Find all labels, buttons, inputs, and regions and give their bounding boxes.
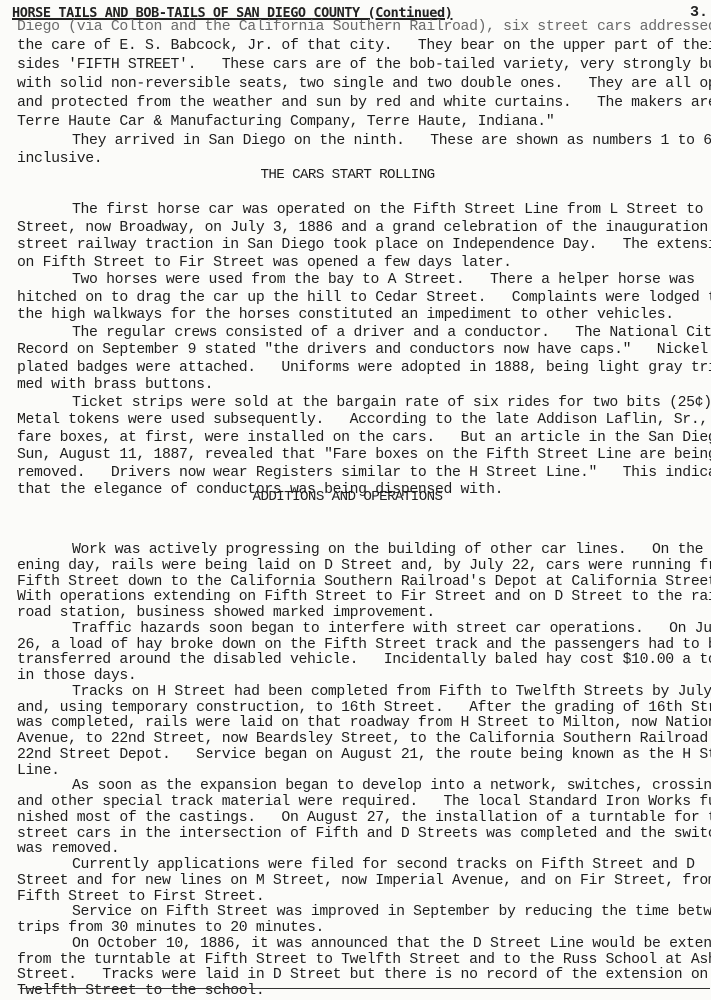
text-line: Record on September 9 stated "the driver…	[17, 341, 708, 359]
text-line: plated badges were attached. Uniforms we…	[17, 359, 711, 377]
text-line: hitched on to drag the car up the hill t…	[17, 289, 711, 307]
text-line: with solid non-reversible seats, two sin…	[17, 75, 711, 93]
text-line: Street, now Broadway, on July 3, 1886 an…	[17, 219, 711, 237]
text-line: fare boxes, at first, were installed on …	[17, 429, 711, 447]
text-line: sides 'FIFTH STREET'. These cars are of …	[17, 56, 711, 74]
text-line: removed. Drivers now wear Registers simi…	[17, 464, 711, 482]
section-heading: ADDITIONS AND OPERATIONS	[0, 489, 703, 505]
text-line: Diego (via Colton and the California Sou…	[17, 18, 711, 36]
text-line: and protected from the weather and sun b…	[17, 94, 711, 112]
text-line: med with brass buttons.	[17, 376, 213, 394]
text-line: Line.	[17, 762, 60, 780]
text-line: street cars in the intersection of Fifth…	[17, 825, 711, 843]
text-line: Twelfth Street to the school.	[17, 982, 264, 1000]
text-line: the high walkways for the horses constit…	[17, 306, 674, 324]
text-line: Two horses were used from the bay to A S…	[72, 271, 695, 289]
text-line: Metal tokens were used subsequently. Acc…	[17, 411, 708, 429]
document-page: HORSE TAILS AND BOB-TAILS OF SAN DIEGO C…	[0, 0, 711, 1000]
section-heading: THE CARS START ROLLING	[0, 167, 703, 183]
text-line: Ticket strips were sold at the bargain r…	[72, 394, 711, 412]
text-line: 22nd Street Depot. Service began on Augu…	[17, 746, 711, 764]
text-line: on Fifth Street to Fir Street was opened…	[17, 254, 512, 272]
text-line: the care of E. S. Babcock, Jr. of that c…	[17, 37, 711, 55]
text-line: Terre Haute Car & Manufacturing Company,…	[17, 113, 554, 131]
text-line: The regular crews consisted of a driver …	[72, 324, 711, 342]
text-line: The first horse car was operated on the …	[72, 201, 711, 219]
text-line: street railway traction in San Diego too…	[17, 236, 711, 254]
text-line: They arrived in San Diego on the ninth. …	[72, 132, 711, 150]
text-line: inclusive.	[17, 150, 102, 168]
text-line: Sun, August 11, 1887, revealed that "Far…	[17, 446, 711, 464]
bottom-rule	[20, 988, 710, 989]
